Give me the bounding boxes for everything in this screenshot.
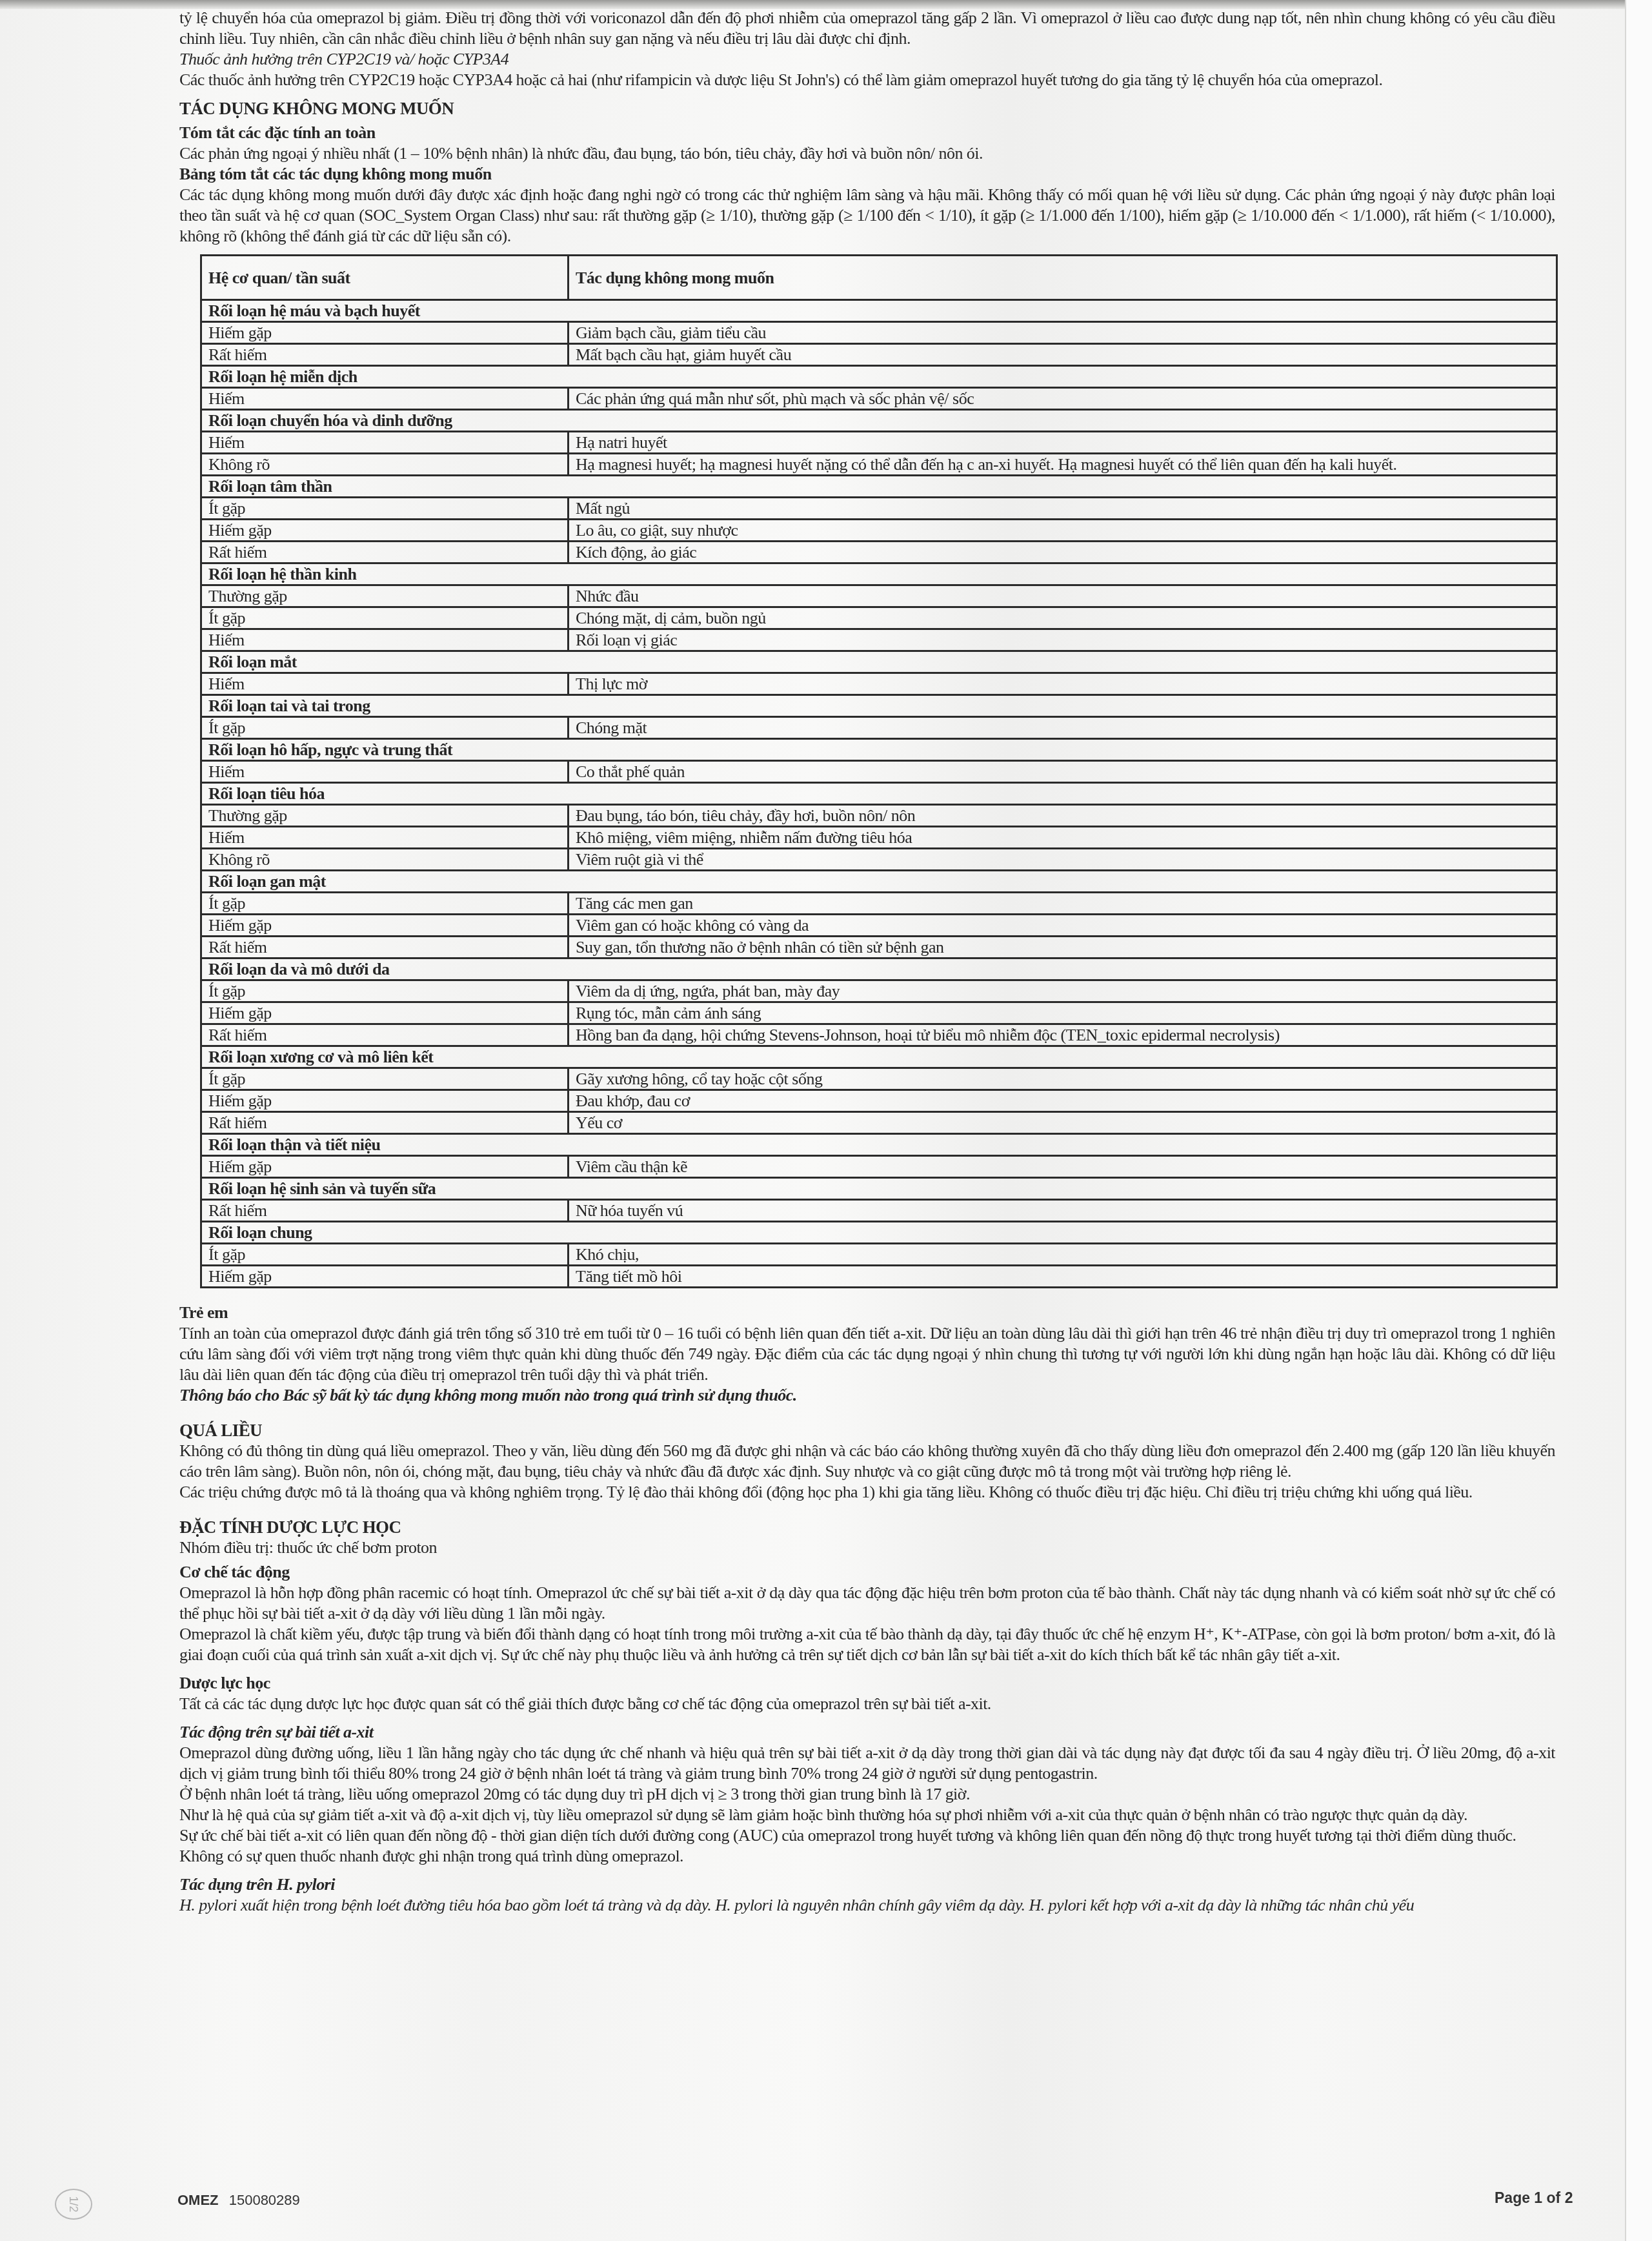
adverse-effect-cell: Yếu cơ (569, 1112, 1557, 1134)
frequency-cell: Không rõ (201, 454, 569, 476)
scan-right-margin (1625, 0, 1652, 2241)
organ-class-row: Rối loạn hệ miễn dịch (201, 366, 1557, 388)
organ-class-row: Rối loạn thận và tiết niệu (201, 1134, 1557, 1156)
adverse-effect-cell: Đau khớp, đau cơ (569, 1090, 1557, 1112)
table-row: Hiếm gặpLo âu, co giật, suy nhược (201, 520, 1557, 542)
adverse-effect-cell: Viêm ruột già vi thể (569, 849, 1557, 871)
table-row: Rất hiếmMất bạch cầu hạt, giảm huyết cầu (201, 344, 1557, 366)
frequency-cell: Hiếm (201, 673, 569, 695)
table-row: Ít gặpTăng các men gan (201, 893, 1557, 915)
frequency-cell: Thường gặp (201, 585, 569, 607)
interaction-paragraph: tỷ lệ chuyển hóa của omeprazol bị giảm. … (179, 8, 1555, 49)
adverse-effect-cell: Mất bạch cầu hạt, giảm huyết cầu (569, 344, 1557, 366)
report-notice: Thông báo cho Bác sỹ bất kỳ tác dụng khô… (179, 1385, 1555, 1406)
table-row: Ít gặpChóng mặt (201, 717, 1557, 739)
overdose-paragraph-1: Không có đủ thông tin dùng quá liều omep… (179, 1441, 1555, 1482)
page-number: Page 1 of 2 (1495, 2189, 1573, 2207)
organ-class-name: Rối loạn tiêu hóa (201, 783, 1557, 805)
mechanism-paragraph-1: Omeprazol là hỗn hợp đồng phân racemic c… (179, 1583, 1555, 1624)
adverse-effect-cell: Lo âu, co giật, suy nhược (569, 520, 1557, 542)
table-row: HiếmKhô miệng, viêm miệng, nhiễm nấm đườ… (201, 827, 1557, 849)
safety-summary-text: Các phản ứng ngoại ý nhiều nhất (1 – 10%… (179, 143, 1555, 164)
adverse-table-intro: Các tác dụng không mong muốn dưới đây đư… (179, 185, 1555, 247)
adverse-effect-cell: Nữ hóa tuyến vú (569, 1200, 1557, 1222)
pharmacodynamics-subtitle: Dược lực học (179, 1673, 1555, 1694)
adverse-effect-cell: Gãy xương hông, cổ tay hoặc cột sống (569, 1068, 1557, 1090)
frequency-cell: Ít gặp (201, 498, 569, 520)
organ-class-name: Rối loạn da và mô dưới da (201, 958, 1557, 980)
frequency-cell: Rất hiếm (201, 1112, 569, 1134)
column-header-adverse-effect: Tác dụng không mong muốn (569, 256, 1557, 300)
batch-code: 150080289 (229, 2192, 300, 2208)
adverse-effect-cell: Suy gan, tổn thương não ở bệnh nhân có t… (569, 937, 1557, 958)
table-row: Không rõViêm ruột già vi thể (201, 849, 1557, 871)
frequency-cell: Rất hiếm (201, 1200, 569, 1222)
table-row: Hiếm gặpGiảm bạch cầu, giảm tiểu cầu (201, 322, 1557, 344)
organ-class-row: Rối loạn chung (201, 1222, 1557, 1244)
adverse-effect-cell: Khó chịu, (569, 1244, 1557, 1266)
organ-class-name: Rối loạn gan mật (201, 871, 1557, 893)
adverse-effect-cell: Thị lực mờ (569, 673, 1557, 695)
adverse-effect-cell: Các phản ứng quá mẫn như sốt, phù mạch v… (569, 388, 1557, 410)
organ-class-name: Rối loạn hệ sinh sản và tuyến sữa (201, 1178, 1557, 1200)
organ-class-name: Rối loạn hệ thần kinh (201, 563, 1557, 585)
adverse-effect-cell: Khô miệng, viêm miệng, nhiễm nấm đường t… (569, 827, 1557, 849)
table-row: Rất hiếmKích động, ảo giác (201, 542, 1557, 563)
adverse-effect-cell: Hạ natri huyết (569, 432, 1557, 454)
frequency-cell: Ít gặp (201, 980, 569, 1002)
organ-class-row: Rối loạn gan mật (201, 871, 1557, 893)
frequency-cell: Thường gặp (201, 805, 569, 827)
frequency-cell: Hiếm gặp (201, 1002, 569, 1024)
acid-secretion-paragraph-4: Sự ức chế bài tiết a-xit có liên quan đế… (179, 1825, 1555, 1846)
safety-summary-title: Tóm tắt các đặc tính an toàn (179, 123, 1555, 143)
h-pylori-text: H. pylori xuất hiện trong bệnh loét đườn… (179, 1895, 1555, 1916)
adverse-effects-table: Hệ cơ quan/ tần suất Tác dụng không mong… (200, 254, 1558, 1288)
organ-class-row: Rối loạn hệ sinh sản và tuyến sữa (201, 1178, 1557, 1200)
table-row: Hiếm gặpTăng tiết mồ hôi (201, 1266, 1557, 1288)
frequency-cell: Hiếm gặp (201, 1090, 569, 1112)
table-row: Ít gặpMất ngủ (201, 498, 1557, 520)
frequency-cell: Ít gặp (201, 893, 569, 915)
adverse-effect-cell: Hồng ban đa dạng, hội chứng Stevens-John… (569, 1024, 1557, 1046)
acid-secretion-paragraph-3: Như là hệ quả của sự giảm tiết a-xit và … (179, 1805, 1555, 1825)
frequency-cell: Rất hiếm (201, 1024, 569, 1046)
adverse-effect-cell: Viêm da dị ứng, ngứa, phát ban, mày đay (569, 980, 1557, 1002)
organ-class-row: Rối loạn xương cơ và mô liên kết (201, 1046, 1557, 1068)
adverse-effect-cell: Viêm cầu thận kẽ (569, 1156, 1557, 1178)
table-row: Ít gặpKhó chịu, (201, 1244, 1557, 1266)
frequency-cell: Hiếm (201, 761, 569, 783)
page-stamp: 1/2 (55, 2189, 92, 2220)
adverse-effect-cell: Rụng tóc, mẫn cảm ánh sáng (569, 1002, 1557, 1024)
organ-class-row: Rối loạn hệ thần kinh (201, 563, 1557, 585)
organ-class-name: Rối loạn hô hấp, ngực và trung thất (201, 739, 1557, 761)
brand-name: OMEZ (177, 2192, 219, 2208)
organ-class-name: Rối loạn hệ máu và bạch huyết (201, 300, 1557, 322)
table-row: Ít gặpGãy xương hông, cổ tay hoặc cột số… (201, 1068, 1557, 1090)
adverse-effect-cell: Tăng tiết mồ hôi (569, 1266, 1557, 1288)
frequency-cell: Hiếm gặp (201, 915, 569, 937)
organ-class-row: Rối loạn da và mô dưới da (201, 958, 1557, 980)
mechanism-paragraph-2: Omeprazol là chất kiềm yếu, được tập tru… (179, 1624, 1555, 1665)
table-row: Không rõHạ magnesi huyết; hạ magnesi huy… (201, 454, 1557, 476)
adverse-effect-cell: Rối loạn vị giác (569, 629, 1557, 651)
table-row: Rất hiếmSuy gan, tổn thương não ở bệnh n… (201, 937, 1557, 958)
overdose-paragraph-2: Các triệu chứng được mô tả là thoáng qua… (179, 1482, 1555, 1503)
frequency-cell: Hiếm (201, 432, 569, 454)
acid-secretion-paragraph-5: Không có sự quen thuốc nhanh được ghi nh… (179, 1846, 1555, 1867)
adverse-effect-cell: Co thắt phế quản (569, 761, 1557, 783)
organ-class-name: Rối loạn hệ miễn dịch (201, 366, 1557, 388)
frequency-cell: Rất hiếm (201, 937, 569, 958)
adverse-effect-cell: Kích động, ảo giác (569, 542, 1557, 563)
acid-secretion-paragraph-2: Ở bệnh nhân loét tá tràng, liều uống ome… (179, 1784, 1555, 1805)
frequency-cell: Hiếm (201, 827, 569, 849)
organ-class-name: Rối loạn tâm thần (201, 476, 1557, 498)
organ-class-row: Rối loạn tiêu hóa (201, 783, 1557, 805)
children-text: Tính an toàn của omeprazol được đánh giá… (179, 1323, 1555, 1385)
organ-class-name: Rối loạn thận và tiết niệu (201, 1134, 1557, 1156)
adverse-effect-cell: Viêm gan có hoặc không có vàng da (569, 915, 1557, 937)
adverse-effect-cell: Giảm bạch cầu, giảm tiểu cầu (569, 322, 1557, 344)
table-row: Rất hiếmHồng ban đa dạng, hội chứng Stev… (201, 1024, 1557, 1046)
organ-class-name: Rối loạn xương cơ và mô liên kết (201, 1046, 1557, 1068)
adverse-effect-cell: Đau bụng, táo bón, tiêu chảy, đầy hơi, b… (569, 805, 1557, 827)
table-row: HiếmRối loạn vị giác (201, 629, 1557, 651)
table-row: Rất hiếmNữ hóa tuyến vú (201, 1200, 1557, 1222)
children-title: Trẻ em (179, 1303, 1555, 1323)
frequency-cell: Ít gặp (201, 1244, 569, 1266)
mechanism-title: Cơ chế tác động (179, 1562, 1555, 1583)
organ-class-name: Rối loạn chuyển hóa và dinh dưỡng (201, 410, 1557, 432)
frequency-cell: Hiếm gặp (201, 520, 569, 542)
adverse-effect-cell: Tăng các men gan (569, 893, 1557, 915)
frequency-cell: Rất hiếm (201, 542, 569, 563)
organ-class-name: Rối loạn chung (201, 1222, 1557, 1244)
adverse-table-title: Bảng tóm tắt các tác dụng không mong muố… (179, 164, 1555, 185)
adverse-effect-cell: Chóng mặt, dị cảm, buồn ngủ (569, 607, 1557, 629)
organ-class-name: Rối loạn mắt (201, 651, 1557, 673)
table-row: HiếmHạ natri huyết (201, 432, 1557, 454)
table-row: Hiếm gặpĐau khớp, đau cơ (201, 1090, 1557, 1112)
table-row: Thường gặpĐau bụng, táo bón, tiêu chảy, … (201, 805, 1557, 827)
pharmacodynamics-text: Tất cả các tác dụng dược lực học được qu… (179, 1694, 1555, 1714)
acid-secretion-title: Tác động trên sự bài tiết a-xit (179, 1722, 1555, 1743)
column-header-organ-frequency: Hệ cơ quan/ tần suất (201, 256, 569, 300)
organ-class-row: Rối loạn hô hấp, ngực và trung thất (201, 739, 1557, 761)
pharmacodynamics-heading: ĐẶC TÍNH DƯỢC LỰC HỌC (179, 1517, 1555, 1537)
frequency-cell: Hiếm gặp (201, 1266, 569, 1288)
table-row: HiếmThị lực mờ (201, 673, 1557, 695)
adverse-effect-cell: Nhức đầu (569, 585, 1557, 607)
table-header-row: Hệ cơ quan/ tần suất Tác dụng không mong… (201, 256, 1557, 300)
table-row: HiếmCác phản ứng quá mẫn như sốt, phù mạ… (201, 388, 1557, 410)
table-row: Rất hiếmYếu cơ (201, 1112, 1557, 1134)
table-row: Hiếm gặpViêm gan có hoặc không có vàng d… (201, 915, 1557, 937)
table-row: Hiếm gặpRụng tóc, mẫn cảm ánh sáng (201, 1002, 1557, 1024)
frequency-cell: Hiếm gặp (201, 322, 569, 344)
h-pylori-title: Tác dụng trên H. pylori (179, 1874, 1555, 1895)
table-row: Thường gặpNhức đầu (201, 585, 1557, 607)
adverse-effects-heading: TÁC DỤNG KHÔNG MONG MUỐN (179, 98, 1555, 119)
footer-product-code: OMEZ 150080289 (177, 2192, 300, 2209)
frequency-cell: Không rõ (201, 849, 569, 871)
cyp-subheading: Thuốc ảnh hưởng trên CYP2C19 và/ hoặc CY… (179, 49, 1555, 70)
frequency-cell: Ít gặp (201, 1068, 569, 1090)
table-row: Hiếm gặpViêm cầu thận kẽ (201, 1156, 1557, 1178)
therapeutic-group: Nhóm điều trị: thuốc ức chế bơm proton (179, 1537, 1555, 1558)
organ-class-row: Rối loạn mắt (201, 651, 1557, 673)
table-row: Ít gặpViêm da dị ứng, ngứa, phát ban, mà… (201, 980, 1557, 1002)
cyp-paragraph: Các thuốc ảnh hưởng trên CYP2C19 hoặc CY… (179, 70, 1555, 90)
organ-class-row: Rối loạn hệ máu và bạch huyết (201, 300, 1557, 322)
acid-secretion-paragraph-1: Omeprazol dùng đường uống, liều 1 lần hằ… (179, 1743, 1555, 1784)
adverse-effect-cell: Hạ magnesi huyết; hạ magnesi huyết nặng … (569, 454, 1557, 476)
document-body: tỷ lệ chuyển hóa của omeprazol bị giảm. … (179, 8, 1555, 1916)
adverse-effect-cell: Mất ngủ (569, 498, 1557, 520)
table-row: Ít gặpChóng mặt, dị cảm, buồn ngủ (201, 607, 1557, 629)
frequency-cell: Ít gặp (201, 607, 569, 629)
frequency-cell: Hiếm (201, 629, 569, 651)
frequency-cell: Hiếm gặp (201, 1156, 569, 1178)
frequency-cell: Rất hiếm (201, 344, 569, 366)
frequency-cell: Hiếm (201, 388, 569, 410)
organ-class-row: Rối loạn tâm thần (201, 476, 1557, 498)
overdose-heading: QUÁ LIỀU (179, 1420, 1555, 1441)
organ-class-name: Rối loạn tai và tai trong (201, 695, 1557, 717)
frequency-cell: Ít gặp (201, 717, 569, 739)
table-row: HiếmCo thắt phế quản (201, 761, 1557, 783)
adverse-effect-cell: Chóng mặt (569, 717, 1557, 739)
organ-class-row: Rối loạn tai và tai trong (201, 695, 1557, 717)
organ-class-row: Rối loạn chuyển hóa và dinh dưỡng (201, 410, 1557, 432)
